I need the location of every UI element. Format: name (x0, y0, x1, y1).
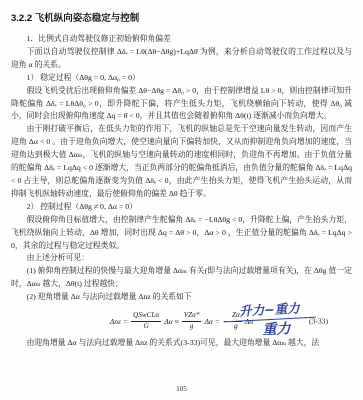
section-heading: 3.2.2 飞机纵向姿态稳定与控制 (11, 10, 352, 24)
equation-number: (3-33) (309, 317, 328, 326)
paragraph-control: 假设俯仰角目标值增大，由控制律产生舵偏角 Δδₑ = −LθΔθg < 0，升降… (11, 214, 352, 253)
eq-fraction-1: QSwCLα G (131, 312, 161, 329)
eq-fraction-1-denominator: G (144, 322, 149, 330)
subsection-2-title: 2） 控制过程（Δθg ≠ 0, Δα = 0） (11, 201, 352, 214)
page-number: 105 (0, 385, 363, 393)
page-content: 3.2.2 飞机纵向姿态稳定与控制 1．比例式自动驾驶仪修正初始俯仰角偏差 下面… (0, 0, 363, 350)
eq-mid-2: Δα = − (204, 317, 227, 326)
paragraph-stabilization-1: 假设飞机受扰后出现俯仰角偏差 Δθ−Δθg = Δθ₀ > 0，由于控制律增益 … (11, 85, 352, 124)
eq-tail: Δα (245, 317, 253, 326)
eq-fraction-3: Zα g (230, 312, 242, 329)
conclusion-item-2: (2) 迎角增量 Δα 与法向过载增量 Δnz 的关系如下 (11, 291, 352, 304)
list-item-1-title: 1．比例式自动驾驶仪修正初始俯仰角偏差 (11, 33, 352, 46)
eq-mid-1: Δα ≈ (164, 317, 179, 326)
equation-3-33: Δnz = QSwCLα G Δα ≈ VZα* g Δα = − Zα g Δ… (11, 309, 352, 333)
paragraph-stabilization-2: 由于刚打破平衡后，在低头力矩的作用下，飞机的纵轴总是先于空速向量发生转动，因而产… (11, 123, 352, 200)
eq-fraction-3-denominator: g (234, 322, 238, 330)
document-page: 3.2.2 飞机纵向姿态稳定与控制 1．比例式自动驾驶仪修正初始俯仰角偏差 下面… (0, 0, 363, 400)
paragraph-final: 由迎角增量 Δα 与法向过载增量 Δnz 的关系式(3-33)可见，最大迎角增量… (11, 337, 352, 350)
conclusion-item-1: (1) 俯仰角控制过程的快慢与最大迎角增量 Δαₘ 有关(即与法向过载增量项有关… (11, 265, 352, 291)
subsection-1-title: 1） 稳定过程（Δθg = 0, Δα₀ = 0） (11, 72, 352, 85)
eq-lhs: Δnz = (110, 317, 128, 326)
eq-fraction-2: VZα* g (182, 312, 202, 329)
equation-body: Δnz = QSwCLα G Δα ≈ VZα* g Δα = − Zα g Δ… (110, 312, 253, 329)
eq-fraction-3-numerator: Zα (230, 312, 242, 321)
eq-fraction-1-numerator: QSwCLα (131, 312, 161, 321)
eq-fraction-2-denominator: g (190, 322, 194, 330)
paragraph-conclusion-lead: 由上述分析可见： (11, 252, 352, 265)
paragraph-intro: 下面以自动驾驶仪控制律 Δδₑ = Lθ(Δθ−Δθg)+LqΔθ̇ 为例，来分… (11, 46, 352, 72)
eq-fraction-2-numerator: VZα* (182, 312, 202, 321)
